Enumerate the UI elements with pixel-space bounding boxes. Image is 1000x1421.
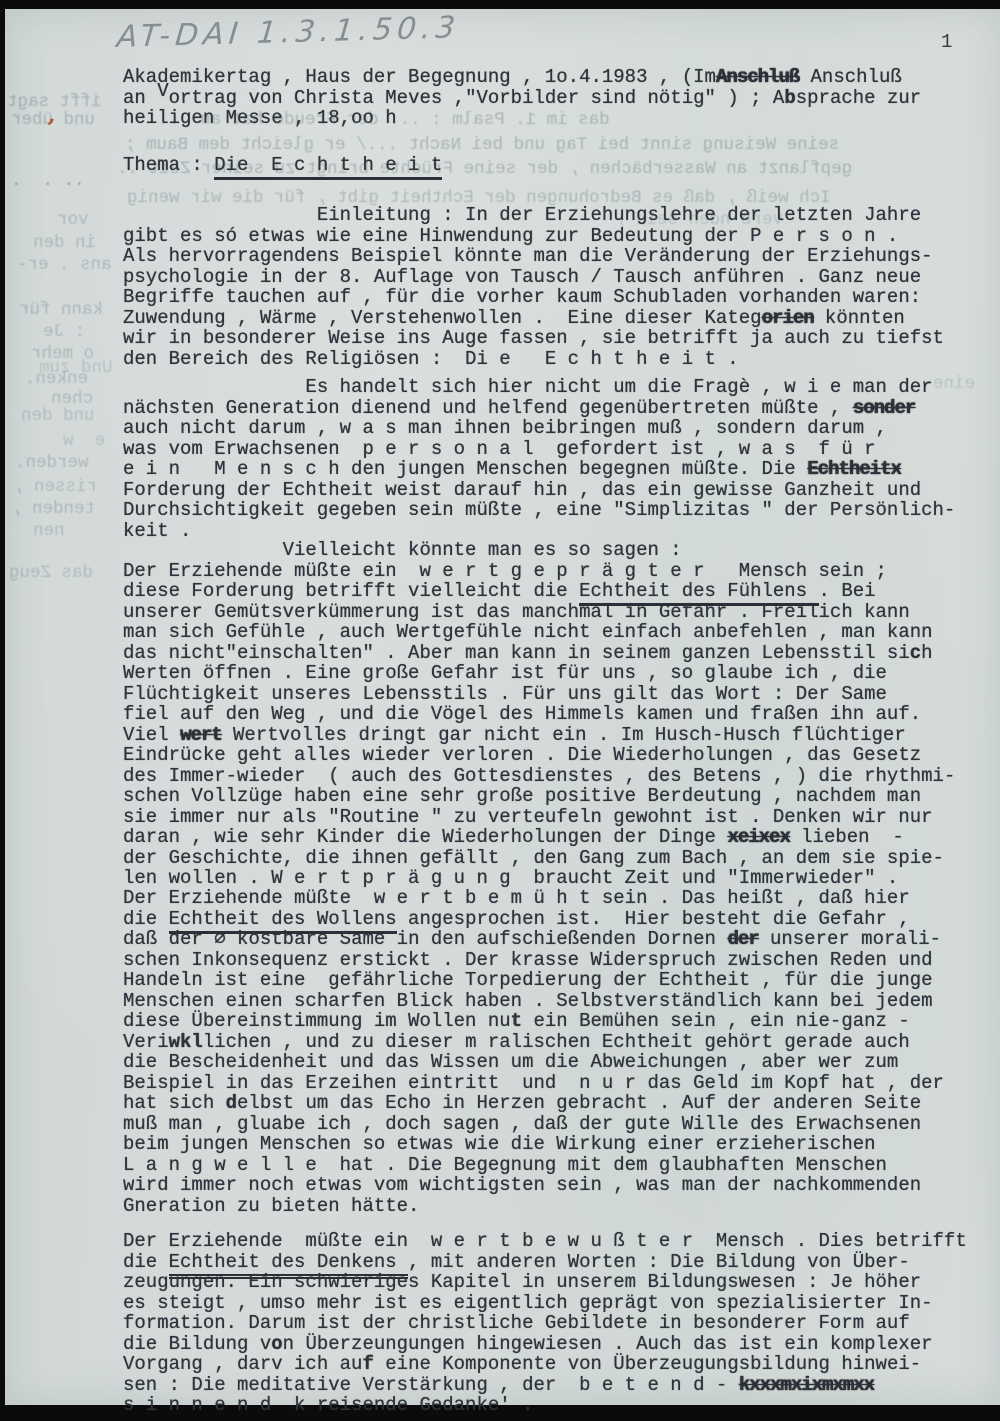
bleedthrough-text: in den [33, 233, 96, 253]
bleedthrough-text: ans . er- [17, 255, 112, 275]
text-run: gibt es só etwas wie eine Hinwendung zur… [123, 225, 898, 247]
text-run: Beispiel in das Erzeihen eintritt und n … [123, 1072, 944, 1094]
text-run: Werten öffnen . Eine große Gefahr ist fü… [123, 662, 887, 684]
text-run: s i n n e n d k reisende Gedanke' . [123, 1394, 533, 1416]
text-run: was vom Erwachsenen p e r s o n a l gefo… [123, 438, 876, 460]
typed-line: sie immer nur als "Routine " zu verteufe… [123, 807, 955, 828]
bleedthrough-text: chen [51, 389, 93, 409]
typed-line: Begriffe tauchen auf , für die vorher ka… [123, 287, 944, 308]
text-run: . Bei [819, 580, 876, 602]
overstruck-text: Anschluß [716, 66, 799, 88]
typed-line: psychologie in der 8. Auflage von Tausch… [123, 267, 944, 288]
text-run: Menschen einen scharfen Blick haben . Se… [123, 990, 933, 1012]
text-run: h [921, 642, 932, 664]
typed-line: keit . [123, 521, 955, 542]
typed-line: Es handelt sich hier nicht um die Fragè … [123, 377, 955, 398]
text-run: angesprochen ist. Hier besteht die Gefah… [397, 908, 910, 930]
text-run: Vorgang , darv ich au [123, 1353, 362, 1375]
typed-line: wir in besonderer Weise ins Auge fassen … [123, 328, 944, 349]
scan-frame: ifft sagtdas im 1. Psalm : ... der Freud… [0, 0, 1000, 1421]
text-run: sie immer nur als "Routine " zu verteufe… [123, 806, 933, 828]
text-run: Veri [123, 1031, 169, 1053]
typed-line: man sich Gefühle , auch Wertgefühle nich… [123, 622, 955, 643]
bleedthrough-text: Und zum [39, 358, 113, 378]
text-run: sen : Die meditative Verstärkung , der b… [123, 1374, 739, 1396]
inserted-char: V [157, 80, 168, 102]
text-run: Vielleicht könnte man es so sagen : [123, 539, 682, 561]
overtyped-char: f [362, 1353, 373, 1375]
paragraph-echtheit-des-wollens: Der Erziehende müßte w e r t b e m ü h t… [123, 888, 944, 1216]
typed-line: Beispiel in das Erzeihen eintritt und n … [123, 1073, 944, 1094]
bleedthrough-text: rissen , [13, 477, 97, 497]
overtyped-char: t [511, 1010, 522, 1032]
typed-line: Veriwkllichen , und zu dieser m ralische… [123, 1032, 944, 1053]
text-run: muß man , gluabe ich , doch sagen , daß … [123, 1113, 921, 1135]
typed-line: Forderung der Echtheit weist darauf hin … [123, 480, 955, 501]
typed-line: des Immer-wieder ( auch des Gottesdienst… [123, 766, 955, 787]
overtyped-char: b [784, 87, 795, 109]
header-block: Akademikertag , Haus der Begegnung , 1o.… [123, 67, 921, 129]
text-run: elbst um das Echo in Herzen gebracht . A… [237, 1092, 921, 1114]
text-run: es steigt , umso mehr ist es eigentlich … [123, 1292, 933, 1314]
text-run: die [123, 1251, 169, 1273]
text-run: die Bescheidenheit und das Wissen um die… [123, 1051, 898, 1073]
typed-line: len wollen . W e r t p r ä g u n g brauc… [123, 868, 955, 889]
paragraph-echtheit-des-denkens: Der Erziehende müßte ein w e r t b e w u… [123, 1231, 967, 1416]
typed-line: auch nicht darum , w a s man ihnen beibr… [123, 418, 955, 439]
text-run: Gneration zu bieten hätte. [123, 1195, 419, 1217]
typed-line: den Bereich des Religiösen : Di e E c h … [123, 349, 944, 370]
typed-line: Thema : Die E c h t h e i t [123, 155, 442, 176]
text-run: ortrag von Christa Meves ,"Vorbilder sin… [169, 87, 785, 109]
typed-line: diese Übereinstimmung im Wollen nut ein … [123, 1011, 944, 1032]
typed-line: Akademikertag , Haus der Begegnung , 1o.… [123, 67, 921, 88]
text-run: Als hervorragendens Beispiel könnte man … [123, 245, 933, 267]
typed-line: die Bescheidenheit und das Wissen um die… [123, 1052, 944, 1073]
text-run: ein Bemühen sein , ein nie-ganz - [522, 1010, 910, 1032]
text-run: heiligen Messe , 18,oo h [123, 107, 397, 129]
typed-line: Einleitung : In der Erziehungslehre der … [123, 205, 944, 226]
typed-line: schen Inkonsequenz erstickt . Der krasse… [123, 950, 944, 971]
bleedthrough-text: kann für [19, 300, 103, 320]
typed-line: formation. Darum ist der christliche Geb… [123, 1313, 967, 1334]
text-run: , mit anderen Worten : Die Bildung von Ü… [408, 1251, 910, 1273]
typed-line: Vorgang , darv ich auf eine Komponente v… [123, 1354, 967, 1375]
text-run: Wertvolles dringt gar nicht ein . Im Hus… [222, 724, 906, 746]
bleedthrough-text: enken. [25, 369, 88, 389]
text-run: könnten [814, 307, 905, 329]
bleedthrough-text: und den [21, 406, 95, 426]
bleedthrough-text: .. . . [11, 171, 85, 191]
text-run: daran , wie sehr Kinder die Wiederholung… [123, 826, 727, 848]
text-run: der Geschichte, die ihnen gefällt , den … [123, 847, 944, 869]
text-run: Zuwendung , Wärme , Verstehenwollen . Ei… [123, 307, 762, 329]
bleedthrough-text: o mehr [31, 344, 94, 364]
text-run: hat sich [123, 1092, 226, 1114]
text-run: nächsten Generation dienend und helfend … [123, 397, 853, 419]
text-run: diese Übereinstimmung im Wollen nu [123, 1010, 511, 1032]
typed-line: Der Erziehende müßte w e r t b e m ü h t… [123, 888, 944, 909]
typed-line: Gneration zu bieten hätte. [123, 1196, 944, 1217]
text-run: wird immer noch etwas vom wichtigsten se… [123, 1174, 921, 1196]
text-run: schen Inkonsequenz erstickt . Der krasse… [123, 949, 933, 971]
typed-line: s i n n e n d k reisende Gedanke' . [123, 1395, 967, 1416]
text-run: Der Erziehende müßte ein w e r t b e w u… [123, 1230, 967, 1252]
typed-line: daran , wie sehr Kinder die Wiederholung… [123, 827, 955, 848]
typed-line: muß man , gluabe ich , doch sagen , daß … [123, 1114, 944, 1135]
typed-line: unserer Gemütsverkümmerung ist das manch… [123, 602, 955, 623]
text-run: Akademikertag , Haus der Begegnung , 1o.… [123, 66, 716, 88]
typed-line: e i n M e n s c h den jungen Menschen be… [123, 459, 955, 480]
thema-line: Thema : Die E c h t h e i t [123, 155, 442, 176]
typed-line: gibt es só etwas wie eine Hinwendung zur… [123, 226, 944, 247]
typed-line: an Vortrag von Christa Meves ,"Vorbilder… [123, 88, 921, 109]
text-run: unserer morali- [759, 928, 941, 950]
overstruck-text: orien [762, 307, 814, 329]
text-run: wir in besonderer Weise ins Auge fassen … [123, 327, 944, 349]
bleedthrough-text: tenden , [11, 499, 95, 519]
text-run: unserer Gemütsverkümmerung ist das manch… [123, 601, 910, 623]
typed-line: der Geschichte, die ihnen gefällt , den … [123, 848, 955, 869]
typed-line: beim jungen Menschen so etwas wie die Wi… [123, 1134, 944, 1155]
paragraph-echtheit-des-fuehlens: Vielleicht könnte man es so sagen :Der E… [123, 540, 955, 889]
typed-line: Werten öffnen . Eine große Gefahr ist fü… [123, 663, 955, 684]
bleedthrough-text: vor [57, 210, 89, 230]
typed-line: Vielleicht könnte man es so sagen : [123, 540, 955, 561]
text-run: des Immer-wieder ( auch des Gottesdienst… [123, 765, 955, 787]
overstruck-text: kxxxmxixmxmxx [739, 1374, 874, 1396]
typed-line: zeugungen. Ein schwieriges Kapitel in un… [123, 1272, 967, 1293]
typed-line: Handeln ist eine gefährliche Torpedierun… [123, 970, 944, 991]
text-run: lieben - [790, 826, 904, 848]
overtyped-char: d [226, 1092, 237, 1114]
typed-line: schen Vollzüge haben eine sehr große pos… [123, 786, 955, 807]
text-run: die Bildung v [123, 1333, 271, 1355]
typed-line: was vom Erwachsenen p e r s o n a l gefo… [123, 439, 955, 460]
typed-line: fiel auf den Weg , und die Vögel des Him… [123, 704, 955, 725]
typed-line: hat sich delbst um das Echo in Herzen ge… [123, 1093, 944, 1114]
bleedthrough-text: nen [33, 521, 65, 541]
text-run: auch nicht darum , w a s man ihnen beibr… [123, 417, 887, 439]
typed-line: die Echtheit des Wollens angesprochen is… [123, 909, 944, 930]
typed-line: Der Erziehende müßte ein w e r t b e w u… [123, 1231, 967, 1252]
text-run: len wollen . W e r t p r ä g u n g brauc… [123, 867, 898, 889]
text-run: Flüchtigkeit unseres Lebensstils . Für u… [123, 683, 887, 705]
text-run: eine Komponente von Überzeugungsbildung … [374, 1353, 921, 1375]
text-run: fiel auf den Weg , und die Vögel des Him… [123, 703, 921, 725]
typed-line: die Bildung von Überzeungungen hingewies… [123, 1334, 967, 1355]
bleedthrough-text: werden. [15, 453, 89, 473]
text-run: Der Erziehende müßte w e r t b e m ü h t… [123, 887, 910, 909]
text-run: diese Forderung betrifft vielleicht die [123, 580, 579, 602]
text-run: L a n g w e l l e hat . Die Begegnung mi… [123, 1154, 887, 1176]
overstruck-text: sonder [853, 397, 915, 419]
page-number: 1 [941, 31, 952, 53]
overtyped-char: o [271, 1333, 282, 1355]
text-run: man sich Gefühle , auch Wertgefühle nich… [123, 621, 933, 643]
text-run: das nicht"einschalten" . Aber man kann i… [123, 642, 910, 664]
typed-line: die Echtheit des Denkens , mit anderen W… [123, 1252, 967, 1273]
text-run: e i n M e n s c h den jungen Menschen be… [123, 458, 807, 480]
archive-reference-handwriting: AT-DAI 1.3.1.50.3 [115, 10, 461, 55]
typed-line: Viel wert Wertvolles dringt gar nicht ei… [123, 725, 955, 746]
typed-line: Flüchtigkeit unseres Lebensstils . Für u… [123, 684, 955, 705]
underlined-phrase: Die E c h t h e i t [214, 154, 442, 180]
typed-line: es steigt , umso mehr ist es eigentlich … [123, 1293, 967, 1314]
text-run: lichen , und zu dieser m ralischen Echth… [203, 1031, 910, 1053]
text-run: Durchsichtigkeit gegeben sein müßte , ei… [123, 499, 955, 521]
text-run: die [123, 908, 169, 930]
typed-line: Durchsichtigkeit gegeben sein müßte , ei… [123, 500, 955, 521]
text-run: Einleitung : In der Erziehungslehre der … [123, 204, 921, 226]
text-run: Der Erziehende müßte ein w e r t g e p r… [123, 560, 887, 582]
text-run: Forderung der Echtheit weist darauf hin … [123, 479, 921, 501]
overstruck-text: wert [180, 724, 222, 746]
bleedthrough-text: : Je [43, 322, 85, 342]
overstruck-text: der [727, 928, 758, 950]
text-run: den Bereich des Religiösen : Di e E c h … [123, 348, 739, 370]
bleedthrough-text: ifft sagt [7, 92, 102, 112]
overstruck-text: xeixex [727, 826, 789, 848]
text-run: formation. Darum ist der christliche Geb… [123, 1312, 910, 1334]
text-run: Eindrücke geht alles wieder verloren . D… [123, 744, 921, 766]
overtyped-char: wkl [169, 1031, 203, 1053]
bleedthrough-text: seine Weisung sinnt bei Tag und bei Nach… [125, 135, 839, 155]
typed-line: Eindrücke geht alles wieder verloren . D… [123, 745, 955, 766]
text-run: Handeln ist eine gefährliche Torpedierun… [123, 969, 933, 991]
typed-line: Als hervorragendens Beispiel könnte man … [123, 246, 944, 267]
text-run: Thema : [123, 154, 214, 176]
document-page: ifft sagtdas im 1. Psalm : ... der Freud… [5, 9, 1000, 1405]
typed-line: sen : Die meditative Verstärkung , der b… [123, 1375, 967, 1396]
typed-line: daß der ∅ kostbare Same in den aufschieß… [123, 929, 944, 950]
text-run: psychologie in der 8. Auflage von Tausch… [123, 266, 921, 288]
text-run: schen Vollzüge haben eine sehr große pos… [123, 785, 921, 807]
typed-line: Menschen einen scharfen Blick haben . Se… [123, 991, 944, 1012]
typed-line: Der Erziehende müßte ein w e r t g e p r… [123, 561, 955, 582]
typed-line: das nicht"einschalten" . Aber man kann i… [123, 643, 955, 664]
text-run: zeugungen. Ein schwieriges Kapitel in un… [123, 1271, 921, 1293]
text-run: an [123, 87, 157, 109]
typed-line: L a n g w e l l e hat . Die Begegnung mi… [123, 1155, 944, 1176]
typed-line: wird immer noch etwas vom wichtigsten se… [123, 1175, 944, 1196]
text-run: Anschluß [799, 66, 902, 88]
text-run: Es handelt sich hier nicht um die Fragè … [123, 376, 933, 398]
overstruck-text: Echtheitx [807, 458, 901, 480]
text-run: n Überzeungungen hingewiesen . Auch das … [283, 1333, 933, 1355]
typed-line: Zuwendung , Wärme , Verstehenwollen . Ei… [123, 308, 944, 329]
overtyped-char: c [910, 642, 921, 664]
red-pen-mark: ’ [44, 113, 56, 143]
typed-line: nächsten Generation dienend und helfend … [123, 398, 955, 419]
text-run: Viel [123, 724, 180, 746]
typed-line: diese Forderung betrifft vielleicht die … [123, 581, 955, 602]
bleedthrough-text: das Zeug [9, 563, 93, 583]
bleedthrough-text: e w [63, 431, 105, 451]
text-run: beim jungen Menschen so etwas wie die Wi… [123, 1133, 876, 1155]
typed-line: heiligen Messe , 18,oo h [123, 108, 921, 129]
paragraph-es-handelt-sich: Es handelt sich hier nicht um die Fragè … [123, 377, 955, 541]
text-run: daß der ∅ kostbare Same in den aufschieß… [123, 928, 727, 950]
text-run: Begriffe tauchen auf , für die vorher ka… [123, 286, 921, 308]
text-run: sprache zur [796, 87, 921, 109]
paragraph-einleitung: Einleitung : In der Erziehungslehre der … [123, 205, 944, 369]
